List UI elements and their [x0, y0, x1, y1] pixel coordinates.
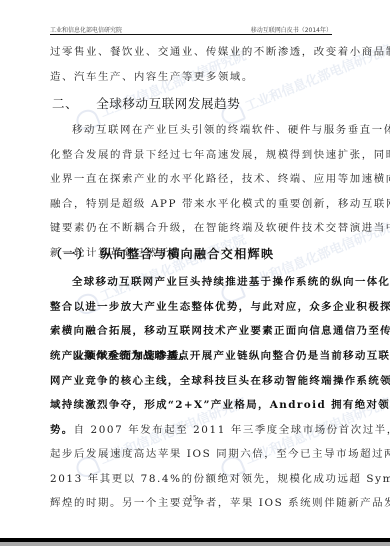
header-organization: 工业和信息化部电信研究院 — [50, 25, 122, 34]
page-header: 工业和信息化部电信研究院 移动互联网白皮书（2014年） — [50, 24, 332, 35]
section-heading: 二、全球移动互联网发展趋势 — [52, 94, 240, 112]
document-page: 工业和信息化部电信研究院 移动互联网白皮书（2014年） 工业和信息化部电信研究… — [0, 0, 390, 546]
subsection-heading: （一）纵向整合与横向融合交相辉映 — [50, 245, 274, 262]
page-number: 15 — [189, 495, 197, 502]
page-bottom-shadow — [0, 542, 390, 546]
paragraph-trends: 移动互联网在产业巨头引领的终端软件、硬件与服务垂直一体 化整合发展的背景下经过七… — [50, 118, 334, 265]
header-document-title: 移动互联网白皮书（2014年） — [251, 25, 332, 34]
mixed-line: 势。自 2007 年发布起至 2011 年三季度全球市场份首次过半，Androi… — [50, 418, 334, 443]
paragraph-os-competition: 以操作系统为战略基点开展产业链纵向整合仍是当前移动互联 网产业竞争的核心主线，全… — [50, 344, 334, 516]
continuation-paragraph: 过零售业、餐饮业、交通业、传媒业的不断渗透，改变着小商品制 造、汽车生产、内容生… — [50, 40, 334, 89]
